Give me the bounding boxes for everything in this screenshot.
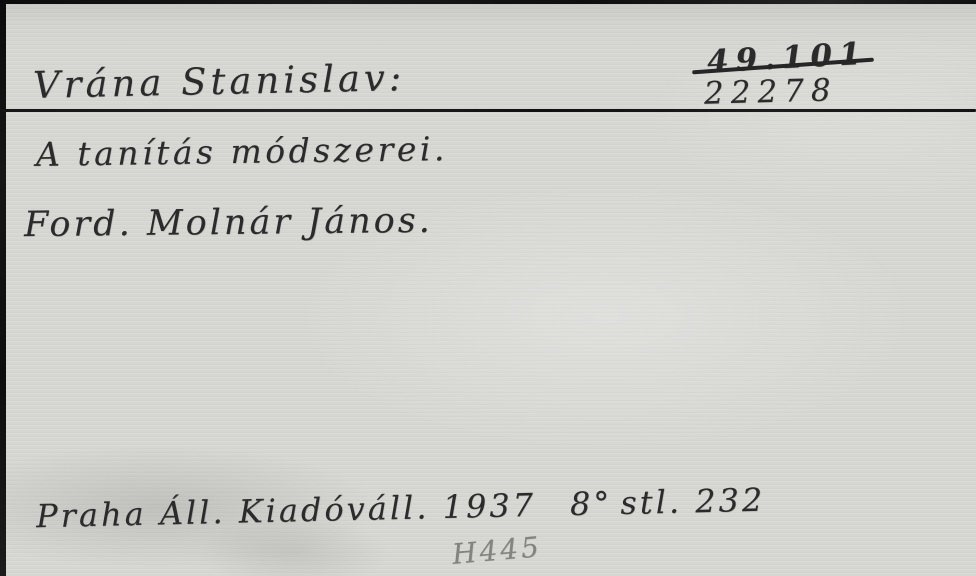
new-accession-number: 22278 — [704, 72, 839, 111]
imprint-collation: stl. 232 — [620, 481, 766, 522]
scan-edge-left — [0, 0, 6, 576]
author-heading: Vrána Stanislav: — [33, 56, 406, 107]
imprint-publication: Praha Áll. Kiadóváll. 1937 — [36, 486, 537, 535]
translator-line: Ford. Molnár János. — [24, 201, 433, 245]
imprint-line: Praha Áll. Kiadóváll. 19378°stl. 232 — [36, 481, 766, 536]
title-line: A tanítás módszerei. — [36, 129, 448, 174]
imprint-format: 8° — [570, 484, 613, 523]
scan-edge-top — [0, 0, 976, 4]
pencil-note: H445 — [451, 530, 543, 571]
catalog-card: 49.101 22278 Vrána Stanislav: A tanítás … — [0, 0, 976, 576]
ruled-header-line — [0, 109, 976, 112]
